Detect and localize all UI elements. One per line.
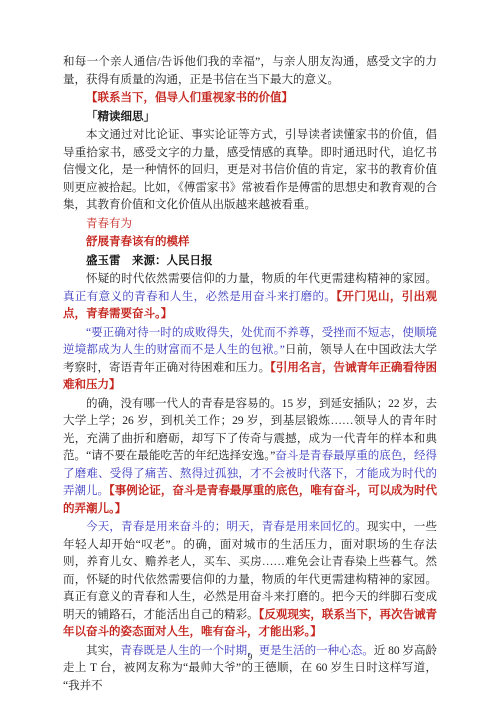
page-content: 和每一个亲人通信/告诉他们我的幸福”，与亲人朋友沟通，感受文字的力量，获得有质量…	[63, 54, 437, 696]
emphasis-text: 今天，青春是用来奋斗的；明天，青春是用来回忆的。	[86, 521, 367, 533]
paragraph: 今天，青春是用来奋斗的；明天，青春是用来回忆的。现实中，一些年轻人却开始“叹老”…	[63, 519, 437, 642]
body-text: 本文通过对比论证、事实论证等方式，引导读者读懂家书的价值，倡导重拾家书，感受文字…	[63, 129, 437, 211]
paragraph: 本文通过对比论证、事实论证等方式，引导读者读懂家书的价值，倡导重拾家书，感受文字…	[63, 127, 437, 215]
page-number: 9	[0, 653, 500, 663]
paragraph: 「精读细思」	[63, 109, 437, 127]
section-label: 青春有为	[86, 218, 132, 230]
paragraph: 怀疑的时代依然需要信仰的力量，物质的年代更需建构精神的家园。真正有意义的青春和人…	[63, 271, 437, 324]
paragraph: 舒展青春该有的模样	[63, 234, 437, 252]
document-page: 和每一个亲人通信/告诉他们我的幸福”，与亲人朋友沟通，感受文字的力量，获得有质量…	[0, 0, 500, 707]
paragraph: “要正确对待一时的成败得失，处优而不养尊，受挫而不短志，使顺境逆境都成为人生的财…	[63, 325, 437, 395]
paragraph: 盛玉雷 来源：人民日报	[63, 253, 437, 271]
paragraph: 和每一个亲人通信/告诉他们我的幸福”，与亲人朋友沟通，感受文字的力量，获得有质量…	[63, 54, 437, 89]
body-text: 和每一个亲人通信/告诉他们我的幸福”，与亲人朋友沟通，感受文字的力量，获得有质量…	[63, 56, 437, 86]
heading-text: 「精读细思」	[86, 111, 155, 123]
body-text: 怀疑的时代依然需要信仰的力量，物质的年代更需建构精神的家园。	[86, 273, 437, 285]
paragraph: 青春有为	[63, 216, 437, 234]
heading-text: 盛玉雷 来源：人民日报	[86, 255, 213, 267]
emphasis-text: 真正有意义的青春和人生，必然是用奋斗来打磨的。	[63, 291, 336, 303]
paragraph: 其实，青春既是人生的一个时期，更是生活的一种心态。近 80 岁高龄走上 T 台，…	[63, 643, 437, 696]
paragraph: 【联系当下，倡导人们重视家书的价值】	[63, 90, 437, 108]
paragraph: 的确，没有哪一代人的青春是容易的。15 岁，到延安插队；22 岁，去大学上学；2…	[63, 396, 437, 519]
body-text: 现实中，一些年轻人却开始“叹老”。的确，面对城市的生活压力，面对职场的生存法则，…	[63, 521, 437, 621]
article-title: 舒展青春该有的模样	[86, 236, 190, 248]
annotation-text: 【联系当下，倡导人们重视家书的价值】	[86, 92, 293, 104]
annotation-text: 【事例论证，奋斗是青春最厚重的底色，唯有奋斗，可以成为时代的弄潮儿。】	[63, 485, 437, 515]
